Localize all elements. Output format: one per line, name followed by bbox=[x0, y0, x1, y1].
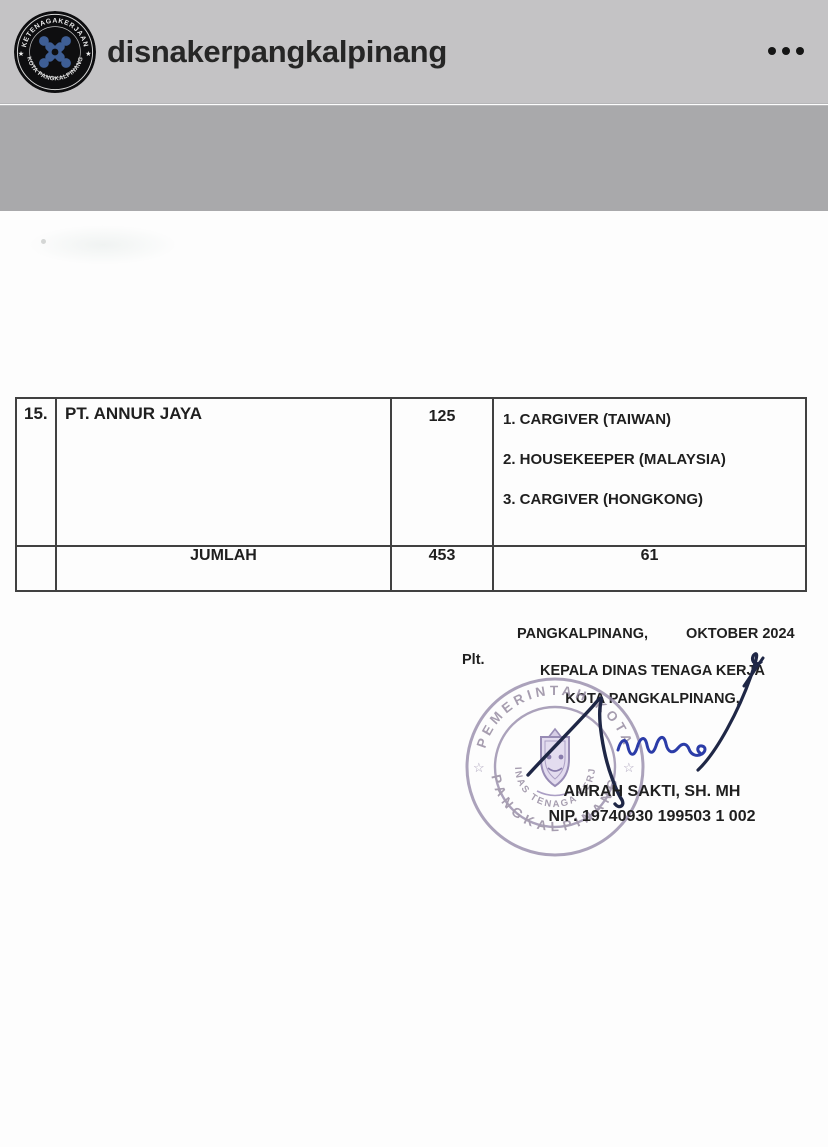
total-empty-cell bbox=[16, 546, 56, 591]
signer-identity: AMRAH SAKTI, SH. MH NIP. 19740930 199503… bbox=[518, 779, 786, 829]
vacancies-cell: 1. CARGIVER (TAIWAN) 2. HOUSEKEEPER (MAL… bbox=[493, 398, 806, 546]
worker-count-cell: 125 bbox=[391, 398, 493, 546]
profile-username[interactable]: disnakerpangkalpinang bbox=[107, 0, 447, 104]
total-count-cell: 453 bbox=[391, 546, 493, 591]
agency-logo-icon: KETENAGAKERJAAN KOTA PANGKALPINANG ★ ★ bbox=[14, 11, 96, 93]
photo-background-band bbox=[0, 105, 828, 211]
document-table: 15. PT. ANNUR JAYA 125 1. CARGIVER (TAIW… bbox=[15, 397, 807, 592]
handwritten-signature bbox=[515, 636, 785, 866]
row-number-cell: 15. bbox=[16, 398, 56, 546]
company-name-cell: PT. ANNUR JAYA bbox=[56, 398, 391, 546]
profile-avatar[interactable]: KETENAGAKERJAAN KOTA PANGKALPINANG ★ ★ bbox=[14, 11, 96, 93]
table-row: 15. PT. ANNUR JAYA 125 1. CARGIVER (TAIW… bbox=[16, 398, 806, 546]
stamp-star-left: ☆ bbox=[473, 760, 485, 775]
more-options-icon bbox=[768, 47, 776, 55]
vacancy-item: 3. CARGIVER (HONGKONG) bbox=[503, 480, 805, 520]
avatar-star-right: ★ bbox=[85, 50, 91, 58]
signer-name: AMRAH SAKTI, SH. MH bbox=[518, 779, 786, 804]
scan-artifact bbox=[28, 225, 178, 265]
vacancy-item: 1. CARGIVER (TAIWAN) bbox=[503, 400, 805, 440]
total-label-cell: JUMLAH bbox=[56, 546, 391, 591]
plt-label: Plt. bbox=[462, 652, 485, 668]
vacancy-item: 2. HOUSEKEEPER (MALAYSIA) bbox=[503, 440, 805, 480]
screenshot-root: KETENAGAKERJAAN KOTA PANGKALPINANG ★ ★ d… bbox=[0, 0, 828, 1147]
more-options-button[interactable] bbox=[760, 38, 812, 64]
total-value-cell: 61 bbox=[493, 546, 806, 591]
avatar-star-left: ★ bbox=[18, 50, 24, 58]
scan-artifact-dot bbox=[41, 239, 46, 244]
post-image[interactable]: 15. PT. ANNUR JAYA 125 1. CARGIVER (TAIW… bbox=[0, 211, 828, 1147]
table-total-row: JUMLAH 453 61 bbox=[16, 546, 806, 591]
signer-nip: NIP. 19740930 199503 1 002 bbox=[518, 804, 786, 829]
post-header: KETENAGAKERJAAN KOTA PANGKALPINANG ★ ★ d… bbox=[0, 0, 828, 104]
